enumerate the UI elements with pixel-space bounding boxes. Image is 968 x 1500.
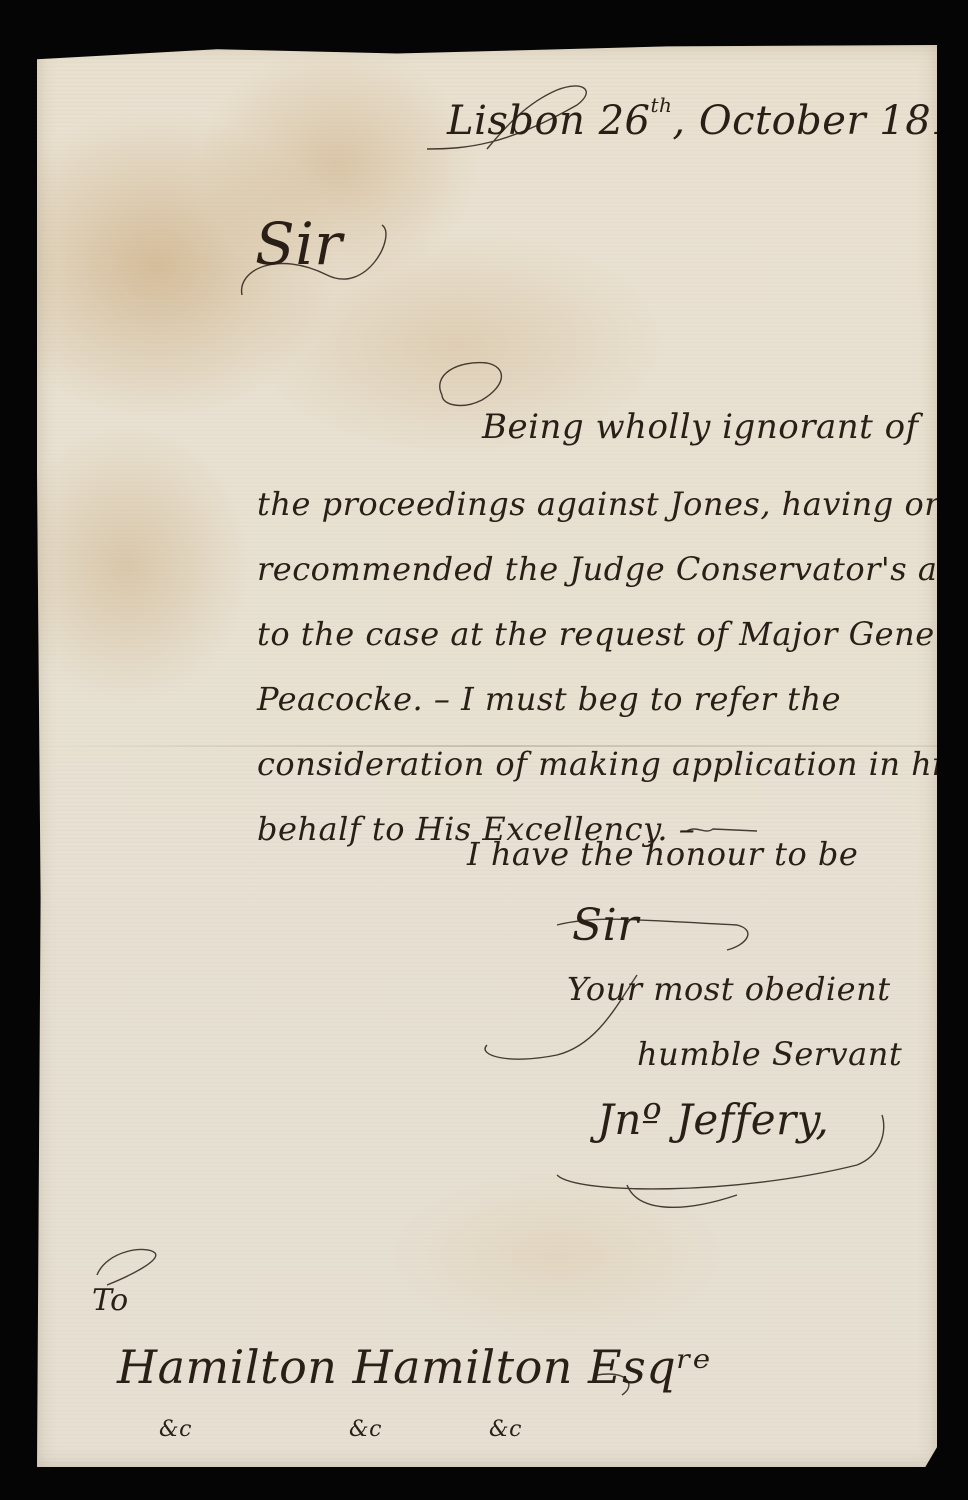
address-prefix: To [92,1283,129,1318]
closing-line: I have the honour to be [467,835,858,873]
dateline-day: 26 [599,98,651,144]
dateline-suffix: th [650,93,672,117]
etc-mark: &c [489,1417,522,1442]
body-line: recommended the Judge Conservator's atte… [257,550,968,588]
closing-line: humble Servant [637,1035,902,1073]
etc-mark: &c [159,1417,192,1442]
closing-line: Your most obedient [567,970,891,1008]
signature: Jnº Jeffery, [597,1095,829,1144]
letter-sheet: Lisbon 26th, October 1812 Sir Being whol… [37,45,937,1467]
dateline-place: Lisbon [447,98,585,144]
etc-mark: &c [349,1417,382,1442]
body-line: to the case at the request of Major Gene… [257,615,968,653]
body-line: Being wholly ignorant of [482,407,919,447]
dateline: Lisbon 26th, October 1812 [447,93,968,144]
address-name: Hamilton Hamilton Esqʳᵉ [117,1340,711,1394]
body-line: the proceedings against Jones, having on… [257,485,968,523]
closing-sir: Sir [572,900,639,951]
dateline-month-year: October 1812 [699,98,968,144]
body-line: Peacocke. – I must beg to refer the [257,680,841,718]
body-line: consideration of making application in h… [257,745,960,783]
salutation: Sir [255,210,343,278]
